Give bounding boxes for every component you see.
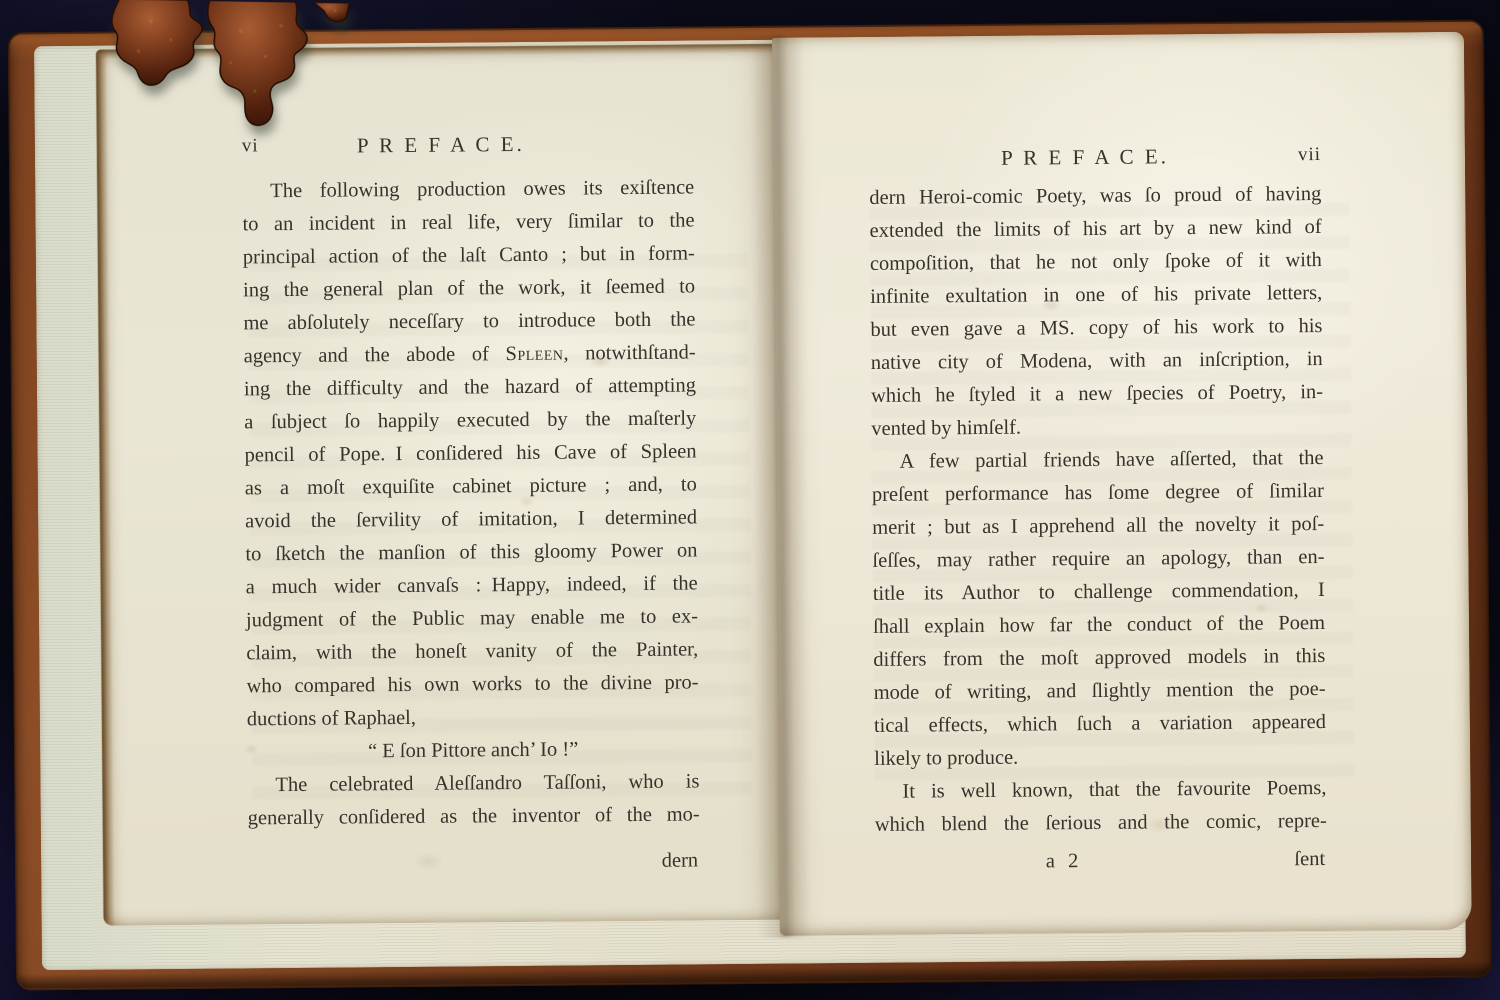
text-line: ſhall explain how far the conduct of the… — [873, 607, 1325, 644]
text-line: native city of Modena, with an inſcripti… — [871, 343, 1323, 380]
quote-line: “ E ſon Pittore anch’ Io !” — [247, 732, 699, 769]
right-page-header-row: P R E F A C E. vii — [869, 143, 1321, 180]
text-line: vented by himſelf. — [871, 409, 1323, 446]
right-page-catchrow: a 2 ſent — [875, 843, 1327, 880]
text-line: It is well known, that the favourite Poe… — [874, 772, 1326, 809]
text-line: as a moſt exquiſite cabinet picture ; an… — [245, 468, 697, 505]
text-line: avoid the ſervility of imitation, I dete… — [245, 501, 697, 538]
text-line: which blend the ſerious and the comic, r… — [875, 805, 1327, 842]
text-line: merit ; but as I apprehend all the novel… — [872, 508, 1324, 545]
text-line: generally conſidered as the inventor of … — [248, 798, 700, 835]
text-line: a ſubject ſo happily executed by the maſ… — [244, 402, 696, 439]
text-line: claim, with the honeſt vanity of the Pai… — [246, 633, 698, 670]
text-line: The celebrated Aleſſandro Taſſoni, who i… — [247, 765, 699, 802]
text-line: a much wider canvaſs : Happy, indeed, if… — [246, 567, 698, 604]
text-line: me abſolutely neceſſary to introduce bot… — [243, 303, 695, 340]
gathering-signature: a 2 — [1046, 845, 1083, 878]
text-line: preſent performance has ſome degree of ſ… — [872, 475, 1324, 512]
text-line: which he ſtyled it a new ſpecies of Poet… — [871, 376, 1323, 413]
text-line: ductions of Raphael, — [247, 699, 699, 736]
text-line: compoſition, that he not only ſpoke of i… — [870, 244, 1322, 281]
right-running-head: P R E F A C E. — [1001, 144, 1169, 170]
right-page-body: dern Heroi-comic Poety, was ſo proud of … — [869, 178, 1327, 842]
text-line: extended the limits of his art by a new … — [869, 211, 1321, 248]
text-line: agency and the abode of Spleen, notwithſ… — [244, 336, 696, 373]
text-line: differs from the moſt approved models in… — [873, 640, 1325, 677]
left-page-body: The following production owes its exiſte… — [242, 171, 700, 835]
left-page-catchrow: dern — [248, 844, 700, 881]
text-line: ing the difficulty and the hazard of att… — [244, 369, 696, 406]
text-line: title its Author to challenge commendati… — [873, 574, 1325, 611]
text-line: principal action of the laſt Canto ; but… — [243, 237, 695, 274]
text-line: The following production owes its exiſte… — [242, 171, 694, 208]
text-line: A few partial friends have aſſerted, tha… — [871, 442, 1323, 479]
text-line: to an incident in real life, very ſimila… — [242, 204, 694, 241]
photo-scene: { "scene": { "background_color": "#0a0a1… — [0, 0, 1500, 1000]
right-page: P R E F A C E. vii dern Heroi-comic Poet… — [772, 32, 1472, 936]
text-line: to ſketch the manſion of this gloomy Pow… — [245, 534, 697, 571]
copper-leaf-clasp-icon — [89, 0, 355, 147]
small-caps-word: Spleen — [505, 343, 563, 366]
right-catchword: ſent — [1294, 843, 1325, 876]
text-line: mode of writing, and ſlightly mention th… — [874, 673, 1326, 710]
text-line: but even gave a MS. copy of his work to … — [870, 310, 1322, 347]
left-running-head: P R E F A C E. — [357, 132, 525, 158]
left-page-text-column: vi P R E F A C E. The following producti… — [242, 130, 701, 881]
text-line: infinite exultation in one of his privat… — [870, 277, 1322, 314]
left-catchword: dern — [662, 844, 699, 877]
right-page-text-column: P R E F A C E. vii dern Heroi-comic Poet… — [869, 143, 1327, 880]
text-line: ing the general plan of the work, it ſee… — [243, 270, 695, 307]
text-line: judgment of the Public may enable me to … — [246, 600, 698, 637]
text-line: ſeſſes, may rather require an apology, t… — [872, 541, 1324, 578]
open-book: vi P R E F A C E. The following producti… — [8, 20, 1492, 991]
text-line: likely to produce. — [874, 739, 1326, 776]
text-line: dern Heroi-comic Poety, was ſo proud of … — [869, 178, 1321, 215]
text-line: tical effects, which ſuch a variation ap… — [874, 706, 1326, 743]
text-line: who compared his own works to the divine… — [246, 666, 698, 703]
left-page: vi P R E F A C E. The following producti… — [96, 44, 782, 926]
text-line: pencil of Pope. I conſidered his Cave of… — [244, 435, 696, 472]
right-page-number: vii — [1298, 144, 1321, 166]
